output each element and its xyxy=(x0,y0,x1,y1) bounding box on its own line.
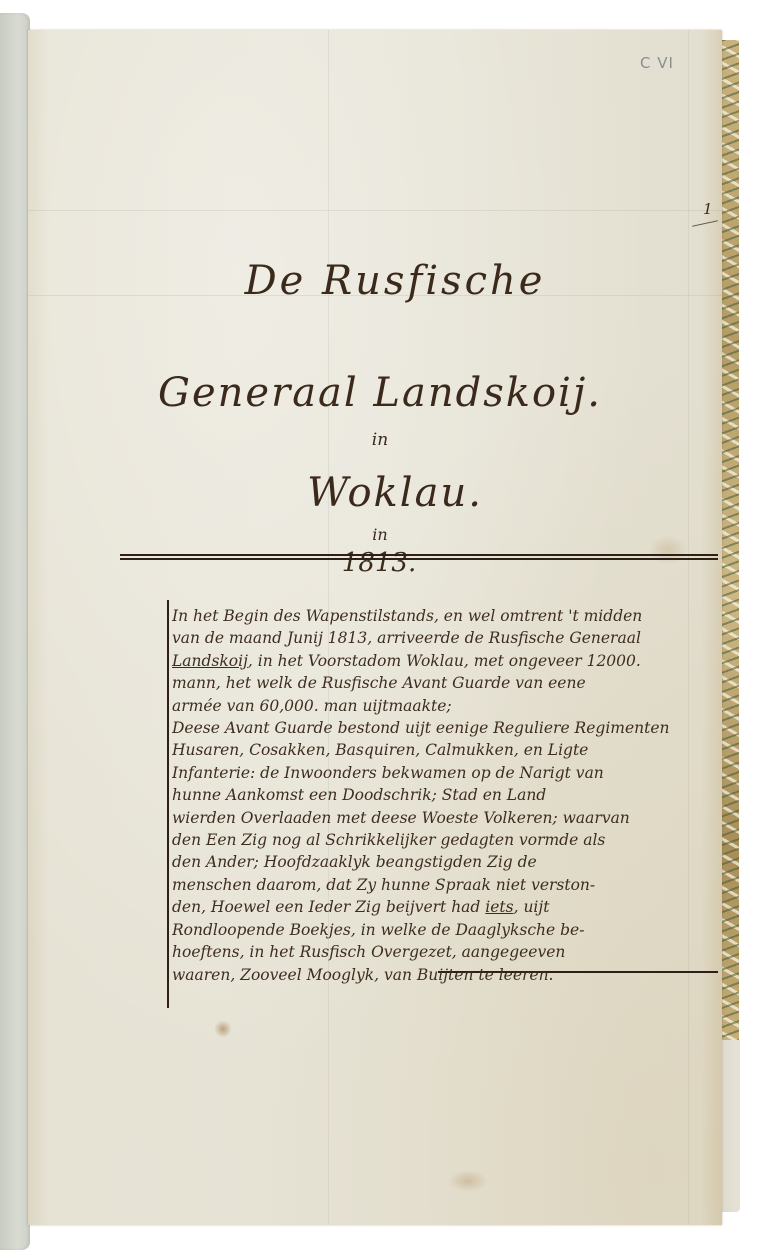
body-line: armée van 60,000. man uijtmaakte; xyxy=(172,695,722,717)
underlined-word: Landskoij xyxy=(172,652,248,670)
body-line: hunne Aankomst een Doodschrik; Stad en L… xyxy=(172,784,722,806)
title-line-3: in xyxy=(28,430,722,450)
title-double-rule xyxy=(120,554,718,562)
folio-underline xyxy=(692,220,718,226)
foxing-stain xyxy=(448,1170,488,1192)
title-year: 1813. xyxy=(28,548,722,578)
foxing-stain xyxy=(214,1020,232,1038)
body-line: den Ander; Hoofdzaaklyk beangstigden Zig… xyxy=(172,851,722,873)
title-line-5: in xyxy=(28,525,722,544)
body-line: Landskoij, in het Voorstadom Woklau, met… xyxy=(172,650,722,672)
folio-number: 1 xyxy=(703,200,713,218)
body-line: Rondloopende Boekjes, in welke de Daagly… xyxy=(172,919,722,941)
body-line: waaren, Zooveel Mooglyk, van Buijten te … xyxy=(172,964,722,986)
body-line: den Een Zig nog al Schrikkelijker gedagt… xyxy=(172,829,722,851)
left-margin-rule xyxy=(167,600,169,1008)
underlined-word: iets xyxy=(485,898,513,916)
faint-ruling xyxy=(28,210,722,211)
pencil-shelfmark: C VI xyxy=(640,54,674,72)
body-line: Deese Avant Guarde bestond uijt eenige R… xyxy=(172,717,722,739)
body-line: van de maand Junij 1813, arriveerde de R… xyxy=(172,627,722,649)
marbled-fore-edge xyxy=(721,40,739,1050)
body-line: den, Hoewel een Ieder Zig beijvert had i… xyxy=(172,896,722,918)
body-line: hoeftens, in het Rusfisch Overgezet, aan… xyxy=(172,941,722,963)
previous-leaf-edge xyxy=(0,13,30,1250)
body-line: menschen daarom, dat Zy hunne Spraak nie… xyxy=(172,874,722,896)
title-line-2: Generaal Landskoij. xyxy=(28,370,722,416)
body-line: Infanterie: de Inwoonders bekwamen op de… xyxy=(172,762,722,784)
manuscript-page: C VI 1 De Rusfische Generaal Landskoij. … xyxy=(28,30,722,1225)
body-line: wierden Overlaaden met deese Woeste Volk… xyxy=(172,807,722,829)
body-line: In het Begin des Wapenstilstands, en wel… xyxy=(172,605,722,627)
body-line: mann, het welk de Rusfische Avant Guarde… xyxy=(172,672,722,694)
manuscript-body: In het Begin des Wapenstilstands, en wel… xyxy=(172,605,722,986)
body-line: Husaren, Cosakken, Basquiren, Calmukken,… xyxy=(172,739,722,761)
title-line-1: De Rusfische xyxy=(28,258,722,304)
title-line-4: Woklau. xyxy=(28,470,722,516)
